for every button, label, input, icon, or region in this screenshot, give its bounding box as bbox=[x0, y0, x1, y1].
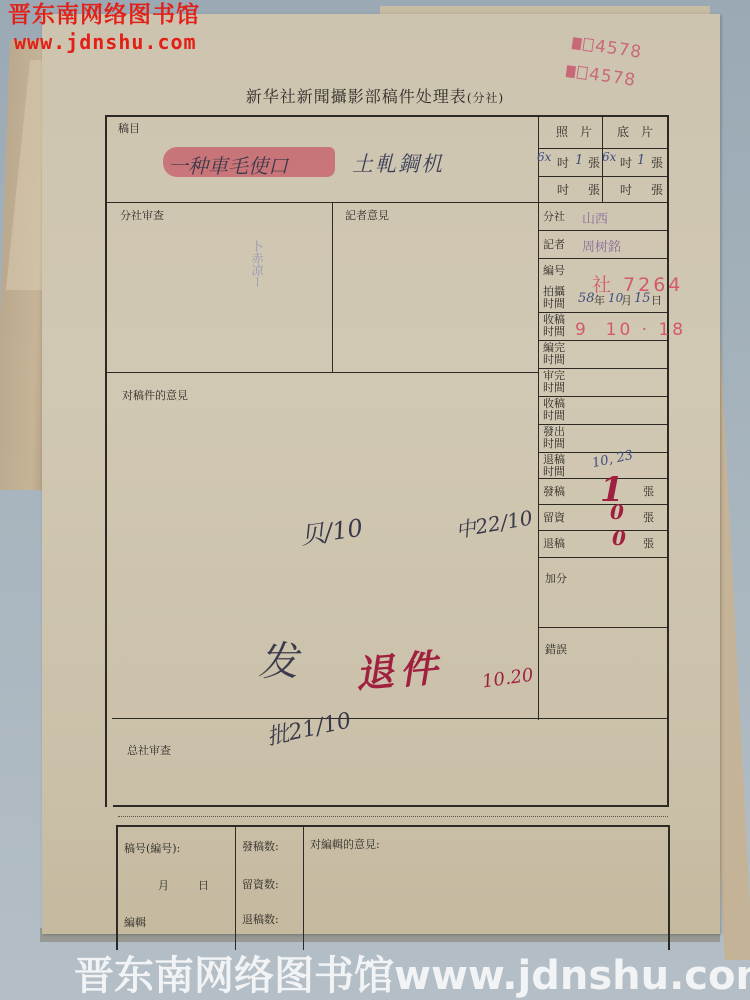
tuigao-value: 0 bbox=[612, 526, 626, 550]
label-liuzi: 留資 bbox=[543, 511, 565, 524]
label-bianhao: 編号 bbox=[543, 264, 565, 277]
label-yue: 月 bbox=[621, 294, 632, 307]
label-ri: 日 bbox=[651, 294, 662, 307]
signature-3: 发 bbox=[258, 630, 298, 687]
label-bianji: 編輯 bbox=[124, 916, 146, 929]
gao-mu-value: 土軋鋼机 bbox=[352, 148, 444, 178]
zhao-pian-size: 6x bbox=[537, 150, 551, 164]
label-zhao-pian: 照 片 bbox=[556, 126, 592, 139]
label-inch: 吋 bbox=[557, 157, 569, 170]
label-zongshe-shencha: 总社审查 bbox=[127, 744, 171, 757]
paishe-year: 58 bbox=[578, 291, 595, 306]
watermark-bottom: 晋东南网络图书馆www.jdnshu.com bbox=[74, 952, 750, 1000]
label-shougao2-time: 收稿时間 bbox=[543, 398, 571, 422]
label-gao-mu: 稿目 bbox=[118, 122, 140, 135]
faint-show-through-text: 卜赤凉ー bbox=[250, 240, 264, 288]
fenshe-value: 山西 bbox=[582, 208, 608, 227]
label-shougao-time: 收稿时間 bbox=[543, 314, 571, 338]
label-zhang: 張 bbox=[588, 157, 600, 170]
label-fagaoshu: 發稿数: bbox=[242, 840, 279, 853]
label-dui-bianji-yijian: 对編輯的意見: bbox=[310, 838, 380, 851]
di-pian-size: 6x bbox=[602, 150, 616, 164]
form-title: 新华社新聞攝影部稿件处理表(分社) bbox=[0, 84, 750, 107]
shougao-stamp: 9 10 · 18 bbox=[575, 320, 686, 340]
paishe-day: 15 bbox=[634, 291, 651, 306]
label-tuigaoshu: 退稿数: bbox=[242, 913, 279, 926]
label-fachu-time: 發出时間 bbox=[543, 426, 571, 450]
label-tuigao-time: 退稿时間 bbox=[543, 454, 571, 478]
label-fenshe: 分社 bbox=[543, 210, 565, 223]
di-pian-count: 1 bbox=[637, 153, 645, 168]
label-zhang: 張 bbox=[651, 157, 663, 170]
label-paishe-time: 拍攝时間 bbox=[543, 286, 571, 310]
watermark-name: 晋东南网络图书馆 bbox=[8, 2, 200, 28]
signature-red: 退件 bbox=[353, 636, 445, 698]
label-fenshe-shencha: 分社审查 bbox=[120, 209, 164, 222]
label-day: 日 bbox=[198, 879, 209, 892]
label-jiafen: 加分 bbox=[545, 572, 567, 585]
label-di-pian: 底 片 bbox=[617, 126, 653, 139]
label-zhang: 張 bbox=[643, 537, 654, 550]
label-cuowu: 錯誤 bbox=[545, 643, 567, 656]
label-month: 月 bbox=[158, 879, 169, 892]
label-zhang: 張 bbox=[643, 511, 654, 524]
label-nian: 年 bbox=[594, 294, 605, 307]
jizhe-value: 周树銘 bbox=[582, 236, 621, 255]
label-bianwan-time: 編完时間 bbox=[543, 342, 571, 366]
label-zhang: 張 bbox=[588, 184, 600, 197]
label-zhang: 張 bbox=[643, 485, 654, 498]
label-inch: 吋 bbox=[620, 184, 632, 197]
label-fagao: 發稿 bbox=[543, 485, 565, 498]
label-dui-gaojian-yijian: 对稿件的意見 bbox=[122, 389, 188, 402]
label-gaohao: 稿号(編号): bbox=[124, 842, 180, 855]
gao-mu-struck-text: 一种車毛使口 bbox=[168, 150, 288, 179]
watermark-url: www.jdnshu.com bbox=[14, 30, 197, 54]
label-zhang: 張 bbox=[651, 184, 663, 197]
liuzi-value: 0 bbox=[610, 500, 624, 524]
label-jizhe-yijian: 記者意見 bbox=[345, 209, 389, 222]
cut-line bbox=[118, 816, 668, 817]
label-liuzishu: 留資数: bbox=[242, 878, 279, 891]
label-inch: 吋 bbox=[620, 157, 632, 170]
zhao-pian-count: 1 bbox=[575, 153, 583, 168]
label-shenwan-time: 审完时間 bbox=[543, 370, 571, 394]
label-jizhe: 記者 bbox=[543, 238, 565, 251]
label-tuigao: 退稿 bbox=[543, 537, 565, 550]
label-inch: 吋 bbox=[557, 184, 569, 197]
